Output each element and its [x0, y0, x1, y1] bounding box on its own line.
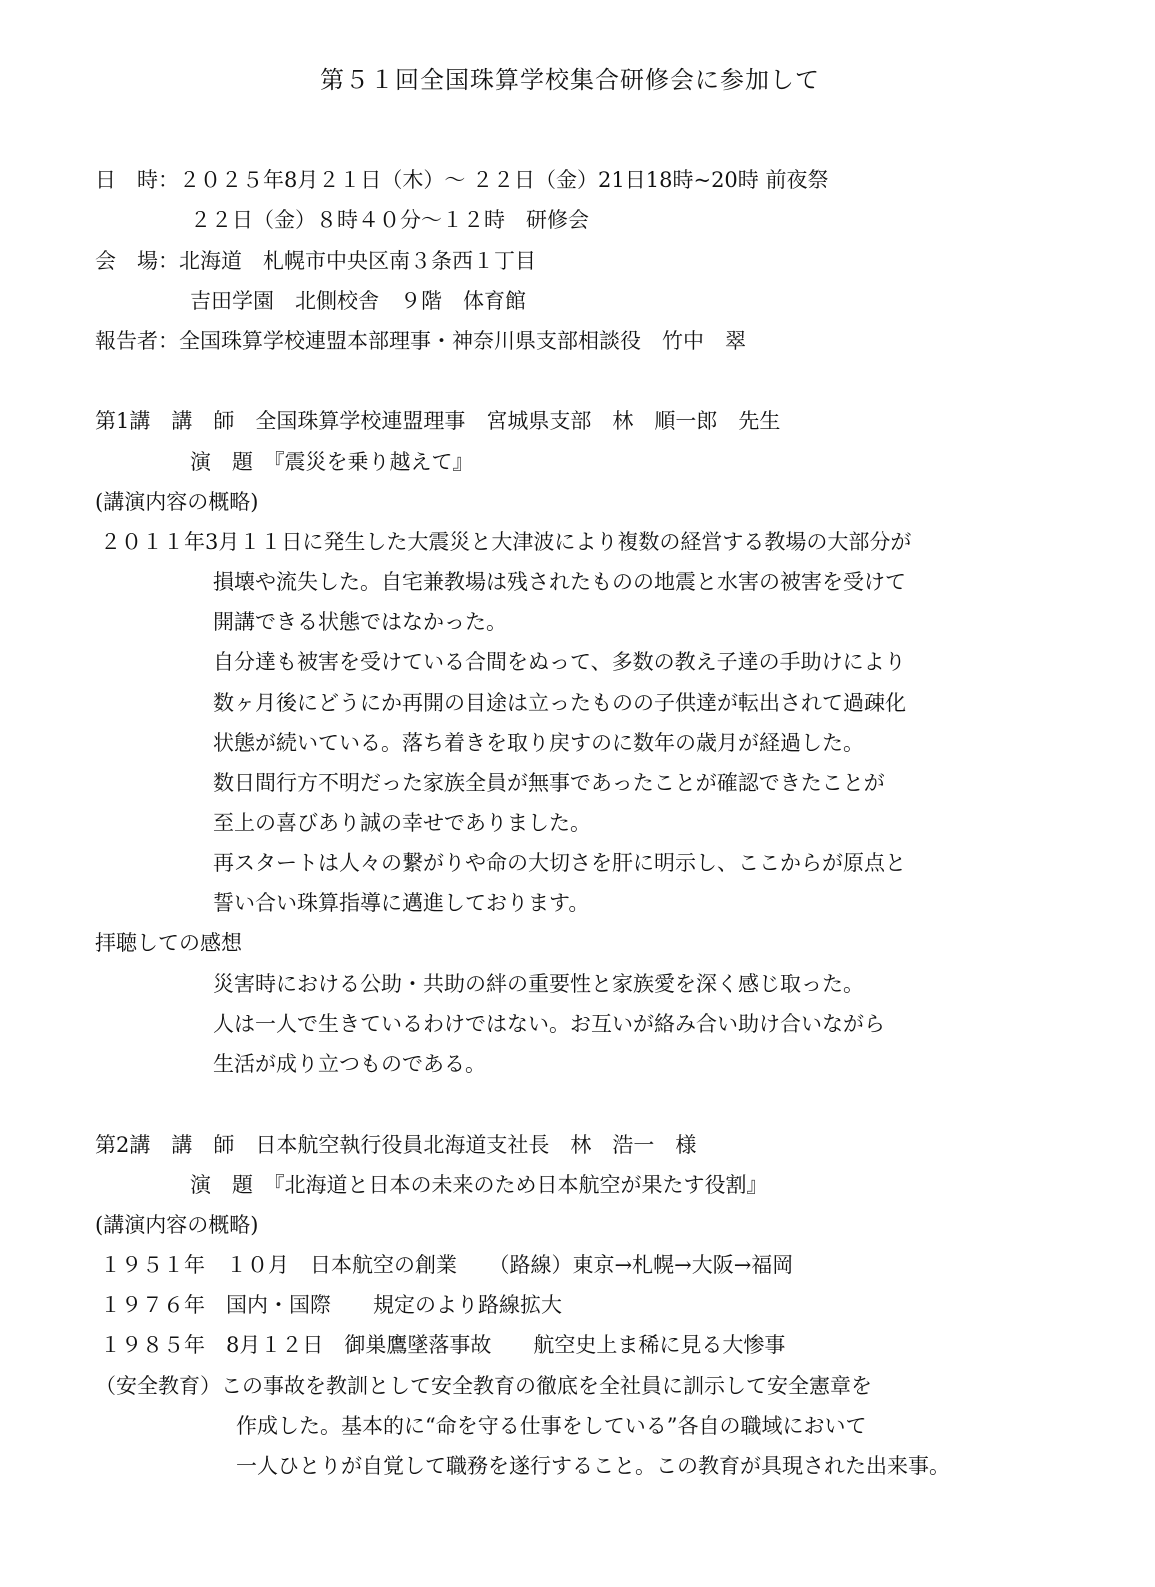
lecture1-speaker-label: 講 師: [171, 409, 234, 433]
lecture2-topic-row: 演 題 『北海道と日本の未来のため日本航空が果たす役割』: [190, 1171, 768, 1199]
lecture1-summary-first-line: ２０１１年3月１１日に発生した大震災と大津波により複数の経営する教場の大部分が: [100, 528, 911, 556]
lecture1-summary-line: 状態が続いている。落ち着きを取り戻すのに数年の歳月が経過した。: [213, 729, 864, 757]
venue-row: 会 場：北海道 札幌市中央区南３条西１丁目: [95, 247, 536, 275]
lecture1-topic-label: 演 題: [190, 450, 253, 474]
lecture2-summary-heading: (講演内容の概略): [95, 1211, 258, 1239]
reporter-row: 報告者：全国珠算学校連盟本部理事・神奈川県支部相談役 竹中 翠: [95, 327, 746, 355]
datetime-line1: ２０２５年8月２１日（木）～ ２２日（金）21日18時~20時 前夜祭: [179, 168, 828, 192]
datetime-label: 日 時：: [95, 168, 179, 192]
lecture1-topic-row: 演 題 『震災を乗り越えて』: [190, 448, 474, 476]
venue-line1: 北海道 札幌市中央区南３条西１丁目: [179, 249, 536, 273]
lecture2-safety-row: （安全教育）この事故を教訓として安全教育の徹底を全社員に訓示して安全憲章を: [95, 1372, 872, 1400]
lecture2-speaker: 日本航空執行役員北海道支社長 林 浩一 様: [255, 1133, 696, 1157]
lecture2-timeline-item: １９７６年 国内・国際 規定のより路線拡大: [100, 1291, 562, 1319]
lecture1-speaker: 全国珠算学校連盟理事 宮城県支部 林 順一郎 先生: [255, 409, 780, 433]
lecture2-safety-line: 作成した。基本的に“命を守る仕事をしている”各自の職域において: [236, 1412, 866, 1440]
lecture1-number: 第1講: [95, 409, 150, 433]
venue-line2: 吉田学園 北側校舎 ９階 体育館: [190, 287, 526, 315]
lecture2-topic: 『北海道と日本の未来のため日本航空が果たす役割』: [274, 1173, 768, 1197]
lecture1-impression-line: 人は一人で生きているわけではない。お互いが絡み合い助け合いながら: [213, 1010, 885, 1038]
lecture2-timeline-item: １９５１年 １０月 日本航空の創業 （路線）東京→札幌→大阪→福岡: [100, 1251, 793, 1279]
reporter-label: 報告者：: [95, 329, 179, 353]
venue-label: 会 場：: [95, 249, 179, 273]
lecture1-summary-line: 自分達も被害を受けている合間をぬって、多数の教え子達の手助けにより: [213, 648, 906, 676]
lecture1-summary-line: 至上の喜びあり誠の幸せでありました。: [213, 809, 591, 837]
lecture1-impression-heading: 拝聴しての感想: [95, 929, 242, 957]
lecture2-speaker-label: 講 師: [171, 1133, 234, 1157]
lecture1-summary-line: 開講できる状態ではなかった。: [213, 608, 507, 636]
lecture1-summary-line: 数ヶ月後にどうにか再開の目途は立ったものの子供達が転出されて過疎化: [213, 689, 906, 717]
lecture1-summary-line: 誓い合い珠算指導に邁進しております。: [213, 889, 589, 917]
lecture2-safety-first: この事故を教訓として安全教育の徹底を全社員に訓示して安全憲章を: [221, 1374, 872, 1398]
lecture1-summary-line: 損壊や流失した。自宅兼教場は残されたものの地震と水害の被害を受けて: [213, 568, 906, 596]
datetime-row: 日 時：２０２５年8月２１日（木）～ ２２日（金）21日18時~20時 前夜祭: [95, 166, 828, 194]
lecture2-speaker-row: 第2講 講 師 日本航空執行役員北海道支社長 林 浩一 様: [95, 1131, 696, 1159]
lecture2-timeline-item: １９８５年 8月１２日 御巣鷹墜落事故 航空史上ま稀に見る大惨事: [100, 1331, 785, 1359]
lecture2-safety-label: （安全教育）: [95, 1374, 221, 1398]
lecture2-safety-line: 一人ひとりが自覚して職務を遂行すること。この教育が具現された出来事。: [236, 1452, 950, 1480]
lecture1-impression-line: 災害時における公助・共助の絆の重要性と家族愛を深く感じ取った。: [213, 970, 864, 998]
lecture1-impression-line: 生活が成り立つものである。: [213, 1050, 486, 1078]
document-page: 第５１回全国珠算学校集合研修会に参加して 日 時：２０２５年8月２１日（木）～ …: [0, 0, 1155, 1587]
lecture1-speaker-row: 第1講 講 師 全国珠算学校連盟理事 宮城県支部 林 順一郎 先生: [95, 407, 780, 435]
datetime-line2: ２２日（金）８時４０分～１２時 研修会: [190, 206, 589, 234]
document-title: 第５１回全国珠算学校集合研修会に参加して: [0, 60, 1140, 95]
lecture2-number: 第2講: [95, 1133, 150, 1157]
lecture1-summary-line: 再スタートは人々の繋がりや命の大切さを肝に明示し、ここからが原点と: [213, 849, 906, 877]
lecture1-summary-line: 数日間行方不明だった家族全員が無事であったことが確認できたことが: [213, 769, 885, 797]
lecture2-topic-label: 演 題: [190, 1173, 253, 1197]
reporter-name: 全国珠算学校連盟本部理事・神奈川県支部相談役 竹中 翠: [179, 329, 746, 353]
lecture1-topic: 『震災を乗り越えて』: [274, 450, 474, 474]
lecture1-summary-heading: (講演内容の概略): [95, 488, 258, 516]
